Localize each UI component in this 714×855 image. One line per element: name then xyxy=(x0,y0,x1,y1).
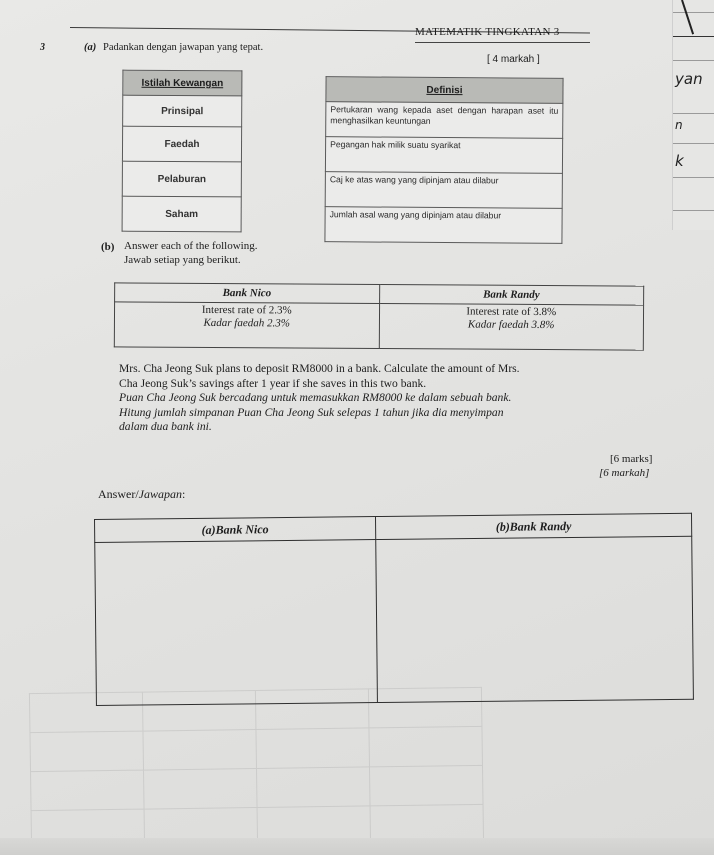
reverse-side-table xyxy=(29,687,484,850)
ghost-cell xyxy=(256,728,370,769)
part-b-marks-en: [6 marks] xyxy=(610,453,652,465)
bank-nico-header: Bank Nico xyxy=(115,283,380,304)
handwriting: k xyxy=(675,152,684,170)
ruled-line xyxy=(673,143,714,144)
answer-label: Answer/Jawapan: xyxy=(98,487,185,502)
ghost-cell xyxy=(30,731,144,772)
part-a-instruction: Padankan dengan jawapan yang tepat. xyxy=(103,42,263,53)
part-a-marks: [ 4 markah ] xyxy=(487,54,540,65)
answer-table: (a)Bank Nico (b)Bank Randy xyxy=(94,513,694,706)
rate-ms: Kadar faedah 2.3% xyxy=(116,316,378,331)
problem-ms-line: Hitung jumlah simpanan Puan Cha Jeong Su… xyxy=(89,406,689,421)
rate-ms: Kadar faedah 3.8% xyxy=(380,318,642,333)
definition-cell[interactable]: Caj ke atas wang yang dipinjam atau dila… xyxy=(325,172,562,209)
problem-statement: Mrs. Cha Jeong Suk plans to deposit RM80… xyxy=(89,362,689,435)
term-cell[interactable]: Prinsipal xyxy=(123,95,242,127)
problem-en-line: Mrs. Cha Jeong Suk plans to deposit RM80… xyxy=(89,362,689,377)
ghost-cell xyxy=(31,770,145,811)
part-b-instruction-ms: Jawab setiap yang berikut. xyxy=(124,254,241,266)
ruled-line xyxy=(673,210,714,211)
handwriting: yan xyxy=(675,70,703,88)
ghost-cell xyxy=(369,726,483,767)
definition-cell[interactable]: Pegangan hak milik suatu syarikat xyxy=(325,137,562,174)
ruled-line xyxy=(673,12,714,13)
answer-label-colon: : xyxy=(182,487,185,501)
term-cell[interactable]: Pelaburan xyxy=(122,161,241,197)
definition-cell[interactable]: Jumlah asal wang yang dipinjam atau dila… xyxy=(325,207,562,244)
bank-randy-header: Bank Randy xyxy=(379,285,644,306)
part-b-marks-ms: [6 markah] xyxy=(599,467,649,479)
ruled-line xyxy=(673,113,714,114)
pen-stroke xyxy=(681,0,694,35)
bank-interest-table: Bank Nico Bank Randy Interest rate of 2.… xyxy=(114,282,644,350)
answer-table-wrapper: (a)Bank Nico (b)Bank Randy xyxy=(94,513,694,706)
ghost-cell xyxy=(144,769,258,810)
term-cell[interactable]: Faedah xyxy=(122,126,241,162)
problem-ms-line: Puan Cha Jeong Suk bercadang untuk memas… xyxy=(89,391,689,406)
show-through-table xyxy=(29,687,484,850)
ruled-line xyxy=(673,177,714,178)
ruled-line xyxy=(673,60,714,61)
page-bottom-shadow xyxy=(0,838,714,855)
question-number: 3 xyxy=(40,42,45,53)
terms-header: Istilah Kewangan xyxy=(123,70,242,96)
answer-label-ms: Jawapan xyxy=(139,487,182,501)
definitions-table: Definisi Pertukaran wang kepada aset den… xyxy=(324,76,563,244)
answer-area-bank-randy[interactable] xyxy=(376,536,694,702)
term-cell[interactable]: Saham xyxy=(122,196,241,232)
ghost-cell xyxy=(143,730,257,771)
problem-ms-line: dalam dua bank ini. xyxy=(89,420,689,435)
handwriting: n xyxy=(675,118,683,132)
part-a-label: (a) xyxy=(84,42,96,53)
problem-en-line: Cha Jeong Suk’s savings after 1 year if … xyxy=(89,377,689,392)
ghost-cell xyxy=(257,767,371,808)
header-underline xyxy=(415,42,590,43)
ghost-cell xyxy=(369,765,483,806)
adjacent-page-edge: yan n k xyxy=(672,0,714,230)
definitions-header: Definisi xyxy=(326,77,563,104)
ruled-line xyxy=(673,36,714,37)
financial-terms-table: Istilah Kewangan Prinsipal Faedah Pelabu… xyxy=(122,70,243,233)
running-header: MATEMATIK TINGKATAN 3 xyxy=(415,26,560,38)
answer-area-bank-nico[interactable] xyxy=(95,540,378,706)
answer-header-bank-randy: (b)Bank Randy xyxy=(376,513,692,539)
part-b-label: (b) xyxy=(101,241,114,253)
definition-cell[interactable]: Pertukaran wang kepada aset dengan harap… xyxy=(326,102,563,139)
answer-header-bank-nico: (a)Bank Nico xyxy=(95,517,376,543)
part-b-instruction-en: Answer each of the following. xyxy=(124,240,258,252)
bank-randy-rate: Interest rate of 3.8% Kadar faedah 3.8% xyxy=(379,304,644,351)
bank-nico-rate: Interest rate of 2.3% Kadar faedah 2.3% xyxy=(114,302,379,349)
answer-label-en: Answer/ xyxy=(98,487,139,501)
banks-table-wrapper: Bank Nico Bank Randy Interest rate of 2.… xyxy=(114,282,644,350)
